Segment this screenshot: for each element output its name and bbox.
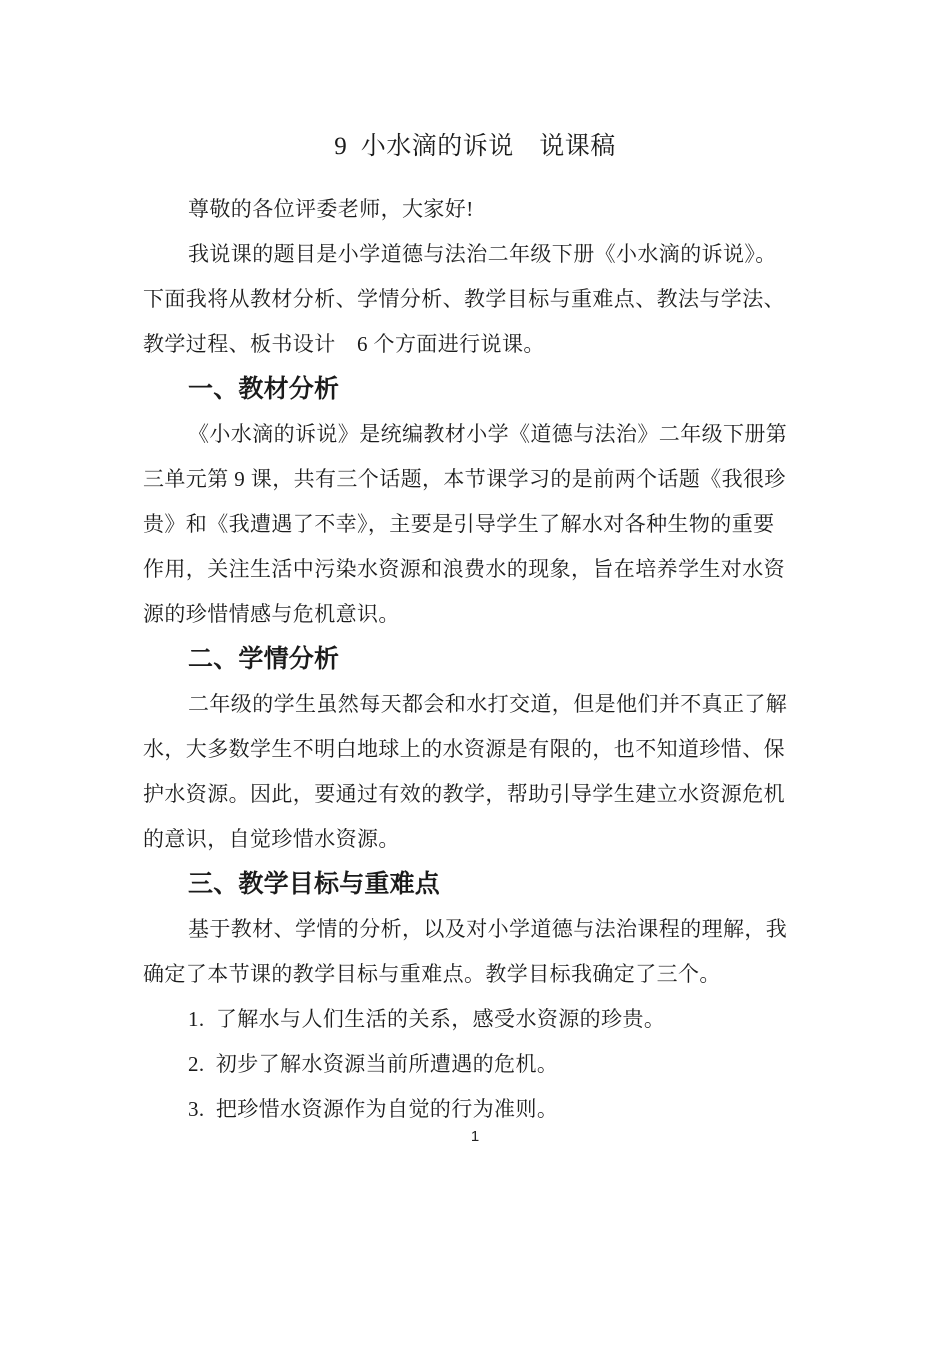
section-2-line-2: 水，大多数学生不明白地球上的水资源是有限的，也不知道珍惜、保 bbox=[143, 727, 812, 772]
section-1-line-2: 三单元第 9 课，共有三个话题，本节课学习的是前两个话题《我很珍 bbox=[143, 457, 812, 502]
document-page: 9 小水滴的诉说 说课稿 尊敬的各位评委老师，大家好! 我说课的题目是小学道德与… bbox=[0, 0, 950, 1345]
section-2-heading: 二、学情分析 bbox=[143, 637, 812, 682]
section-1-line-5: 源的珍惜情感与危机意识。 bbox=[143, 592, 812, 637]
document-title: 9 小水滴的诉说 说课稿 bbox=[0, 124, 950, 170]
section-1-line-3: 贵》和《我遭遇了不幸》，主要是引导学生了解水对各种生物的重要 bbox=[143, 502, 812, 547]
goal-item-2: 2. 初步了解水资源当前所遭遇的危机。 bbox=[143, 1042, 812, 1087]
goal-item-3: 3. 把珍惜水资源作为自觉的行为准则。 bbox=[143, 1087, 812, 1132]
section-2-line-3: 护水资源。因此，要通过有效的教学，帮助引导学生建立水资源危机 bbox=[143, 772, 812, 817]
intro-line-3: 教学过程、板书设计 6 个方面进行说课。 bbox=[143, 322, 812, 367]
section-1-line-4: 作用，关注生活中污染水资源和浪费水的现象，旨在培养学生对水资 bbox=[143, 547, 812, 592]
section-2-line-1: 二年级的学生虽然每天都会和水打交道，但是他们并不真正了解 bbox=[143, 682, 812, 727]
page-number: 1 bbox=[0, 1127, 950, 1147]
section-1-heading: 一、教材分析 bbox=[143, 367, 812, 412]
intro-line-2: 下面我将从教材分析、学情分析、教学目标与重难点、教法与学法、 bbox=[143, 277, 812, 322]
section-3-line-2: 确定了本节课的教学目标与重难点。教学目标我确定了三个。 bbox=[143, 952, 812, 997]
intro-line-1: 我说课的题目是小学道德与法治二年级下册《小水滴的诉说》。 bbox=[143, 232, 812, 277]
section-1-line-1: 《小水滴的诉说》是统编教材小学《道德与法治》二年级下册第 bbox=[143, 412, 812, 457]
section-3-line-1: 基于教材、学情的分析，以及对小学道德与法治课程的理解，我 bbox=[143, 907, 812, 952]
goal-item-1: 1. 了解水与人们生活的关系，感受水资源的珍贵。 bbox=[143, 997, 812, 1042]
section-3-heading: 三、教学目标与重难点 bbox=[143, 862, 812, 907]
greeting-line: 尊敬的各位评委老师，大家好! bbox=[143, 187, 812, 232]
section-2-line-4: 的意识，自觉珍惜水资源。 bbox=[143, 817, 812, 862]
document-content: 尊敬的各位评委老师，大家好! 我说课的题目是小学道德与法治二年级下册《小水滴的诉… bbox=[143, 187, 812, 1132]
